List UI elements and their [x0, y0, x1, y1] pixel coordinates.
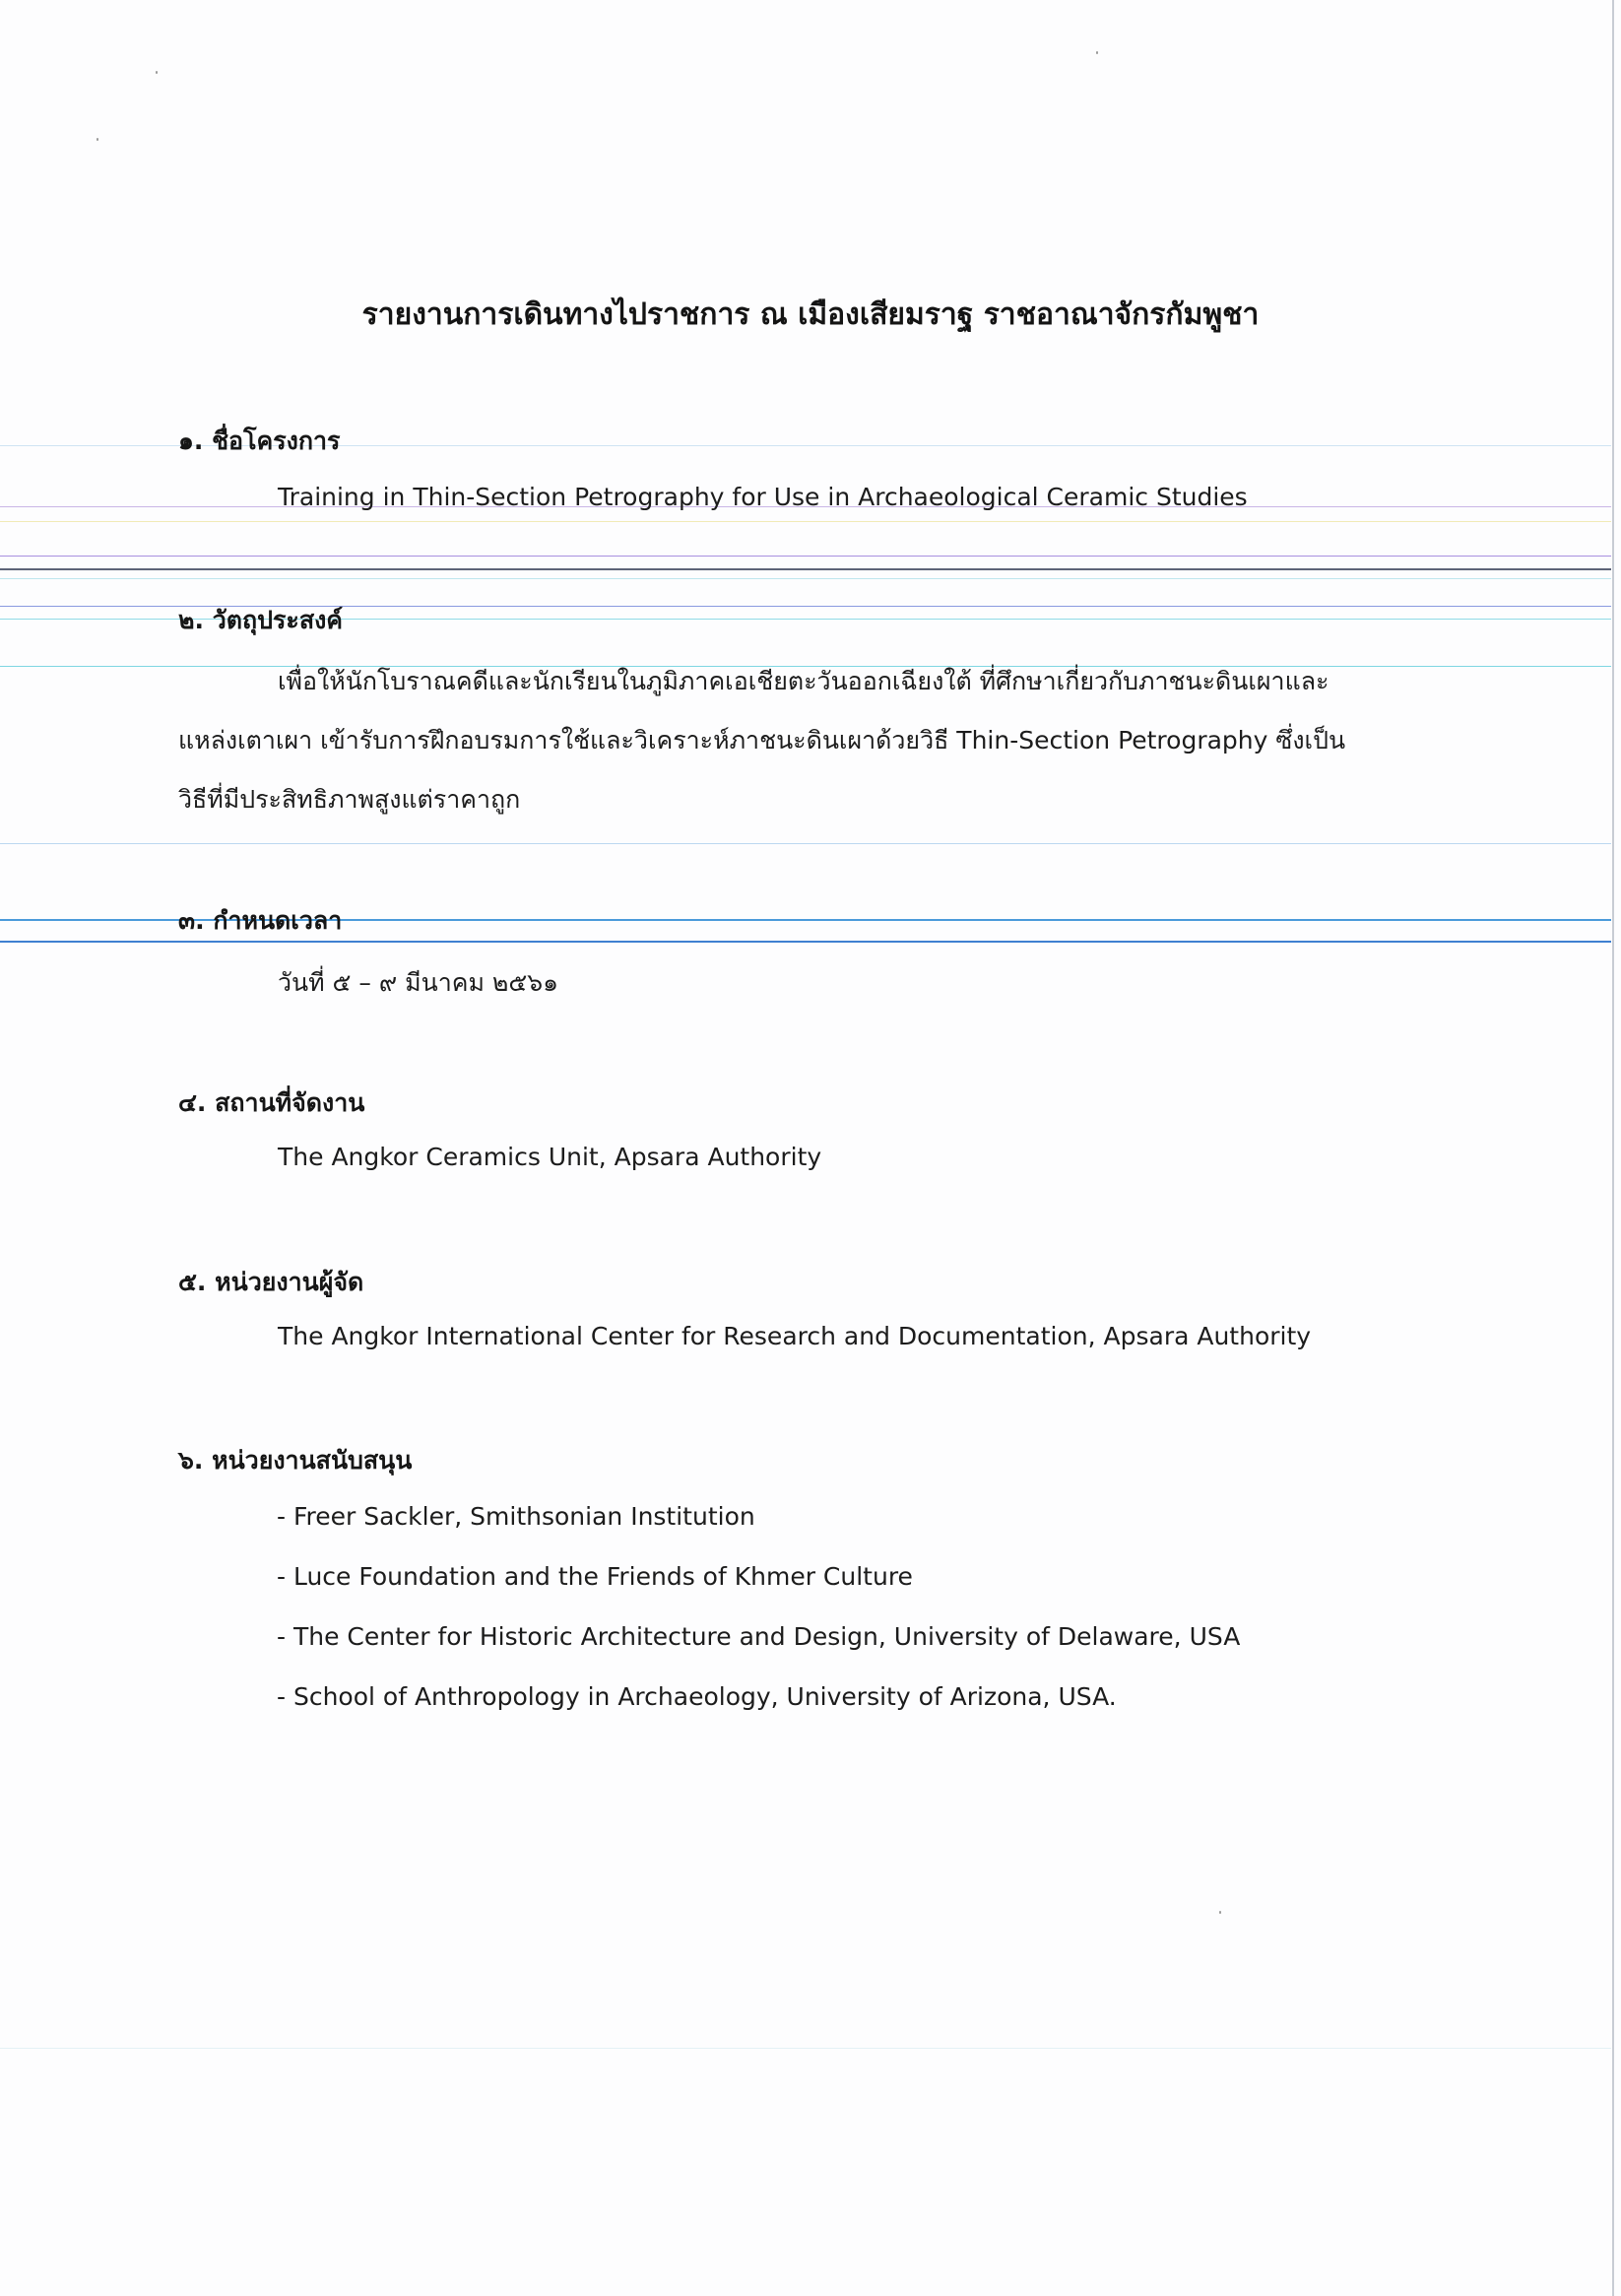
scan-line [0, 941, 1611, 943]
sponsor-item: - The Center for Historic Architecture a… [277, 1622, 1240, 1651]
sponsor-item: - Luce Foundation and the Friends of Khm… [277, 1562, 913, 1591]
section-title: หน่วยงานผู้จัด [215, 1268, 363, 1296]
section-number: ๑. [178, 426, 203, 455]
scan-line [0, 2048, 1611, 2049]
document-title: รายงานการเดินทางไปราชการ ณ เมืองเสียมราฐ… [0, 292, 1621, 338]
section-title: กำหนดเวลา [213, 906, 342, 935]
section-title: หน่วยงานสนับสนุน [212, 1446, 412, 1475]
section-heading-sponsors: ๖. หน่วยงานสนับสนุน [178, 1441, 412, 1480]
scan-line [0, 843, 1611, 844]
project-name: Training in Thin-Section Petrography for… [278, 483, 1248, 511]
section-heading-organizer: ๕. หน่วยงานผู้จัด [178, 1263, 363, 1302]
section-number: ๖. [178, 1446, 203, 1475]
section-heading-schedule: ๓. กำหนดเวลา [178, 901, 342, 941]
venue: The Angkor Ceramics Unit, Apsara Authori… [278, 1143, 821, 1171]
objective-line-3: วิธีที่มีประสิทธิภาพสูงแต่ราคาถูก [178, 780, 520, 820]
section-heading-project-name: ๑. ชื่อโครงการ [178, 422, 340, 461]
objective-line-2: แหล่งเตาเผา เข้ารับการฝึกอบรมการใช้และวิ… [178, 721, 1345, 760]
section-heading-objective: ๒. วัตถุประสงค์ [178, 601, 343, 640]
sponsor-item: - Freer Sackler, Smithsonian Institution [277, 1502, 755, 1531]
section-heading-venue: ๔. สถานที่จัดงาน [178, 1083, 364, 1123]
sponsor-item: - School of Anthropology in Archaeology,… [277, 1682, 1117, 1711]
scan-speck [156, 71, 158, 74]
scan-speck [1219, 1911, 1221, 1914]
scan-speck [97, 138, 98, 141]
section-title: ชื่อโครงการ [212, 426, 340, 455]
organizer: The Angkor International Center for Rese… [278, 1322, 1311, 1350]
section-number: ๓. [178, 906, 205, 935]
scan-speck [1096, 51, 1098, 54]
scan-page-edge [1612, 0, 1614, 2296]
section-title: สถานที่จัดงาน [215, 1088, 364, 1117]
section-number: ๒. [178, 606, 204, 634]
schedule-dates: วันที่ ๕ – ๙ มีนาคม ๒๕๖๑ [278, 963, 558, 1003]
section-number: ๕. [178, 1268, 206, 1296]
scan-line [0, 568, 1611, 570]
section-title: วัตถุประสงค์ [213, 606, 343, 634]
scan-line [0, 521, 1611, 522]
section-number: ๔. [178, 1088, 206, 1117]
scan-line [0, 578, 1611, 579]
objective-line-1: เพื่อให้นักโบราณคดีและนักเรียนในภูมิภาคเ… [278, 662, 1329, 701]
scan-line [0, 556, 1611, 557]
